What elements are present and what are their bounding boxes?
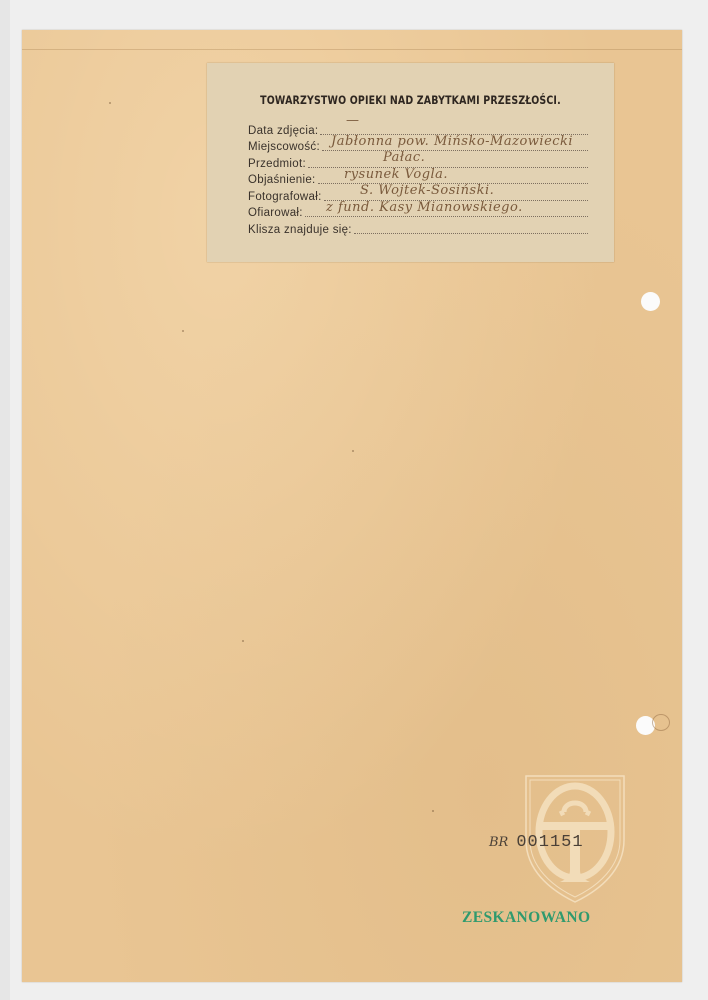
field-label: Ofiarował: xyxy=(248,206,303,220)
field-donor: Ofiarował: z fund. Kasy Mianowskiego. xyxy=(248,204,588,221)
paper-speck xyxy=(352,450,354,452)
field-label: Data zdjęcia: xyxy=(248,124,318,138)
paper-speck xyxy=(432,810,434,812)
field-value: rysunek Vogla. xyxy=(344,167,448,182)
field-label: Objaśnienie: xyxy=(248,173,316,187)
field-label: Przedmiot: xyxy=(248,157,306,171)
punch-hole-tear-mark xyxy=(652,714,670,731)
scanned-stamp: ZESKANOWANO xyxy=(462,909,590,927)
paper-speck xyxy=(242,640,244,642)
catalog-digits: 001151 xyxy=(516,833,583,852)
field-negative-location: Klisza znajduje się: xyxy=(248,220,588,237)
card-fields: Data zdjęcia: — Miejscowość: Jabłonna po… xyxy=(248,121,588,237)
field-value: Pałac. xyxy=(383,150,425,165)
dotted-line xyxy=(354,232,588,234)
dotted-line xyxy=(305,215,588,217)
punch-hole xyxy=(641,292,660,311)
field-label: Fotografował: xyxy=(248,190,322,204)
catalog-prefix: BR xyxy=(489,835,508,850)
page-fold-line xyxy=(22,49,682,50)
scanner-edge xyxy=(0,0,10,1000)
field-value: z fund. Kasy Mianowskiego. xyxy=(326,200,523,215)
paper-speck xyxy=(109,102,111,104)
card-title: TOWARZYSTWO OPIEKI NAD ZABYTKAMI PRZESZŁ… xyxy=(244,93,578,107)
catalog-number: BR001151 xyxy=(489,833,584,852)
paper-speck xyxy=(182,330,184,332)
field-value: S. Wojtek-Sosiński. xyxy=(360,183,494,198)
field-label: Miejscowość: xyxy=(248,140,320,154)
field-value: — xyxy=(346,113,360,128)
field-value: Jabłonna pow. Mińsko-Mazowiecki xyxy=(331,134,573,149)
dotted-line xyxy=(322,149,588,151)
field-label: Klisza znajduje się: xyxy=(248,223,352,237)
archive-label-card: TOWARZYSTWO OPIEKI NAD ZABYTKAMI PRZESZŁ… xyxy=(207,63,614,262)
